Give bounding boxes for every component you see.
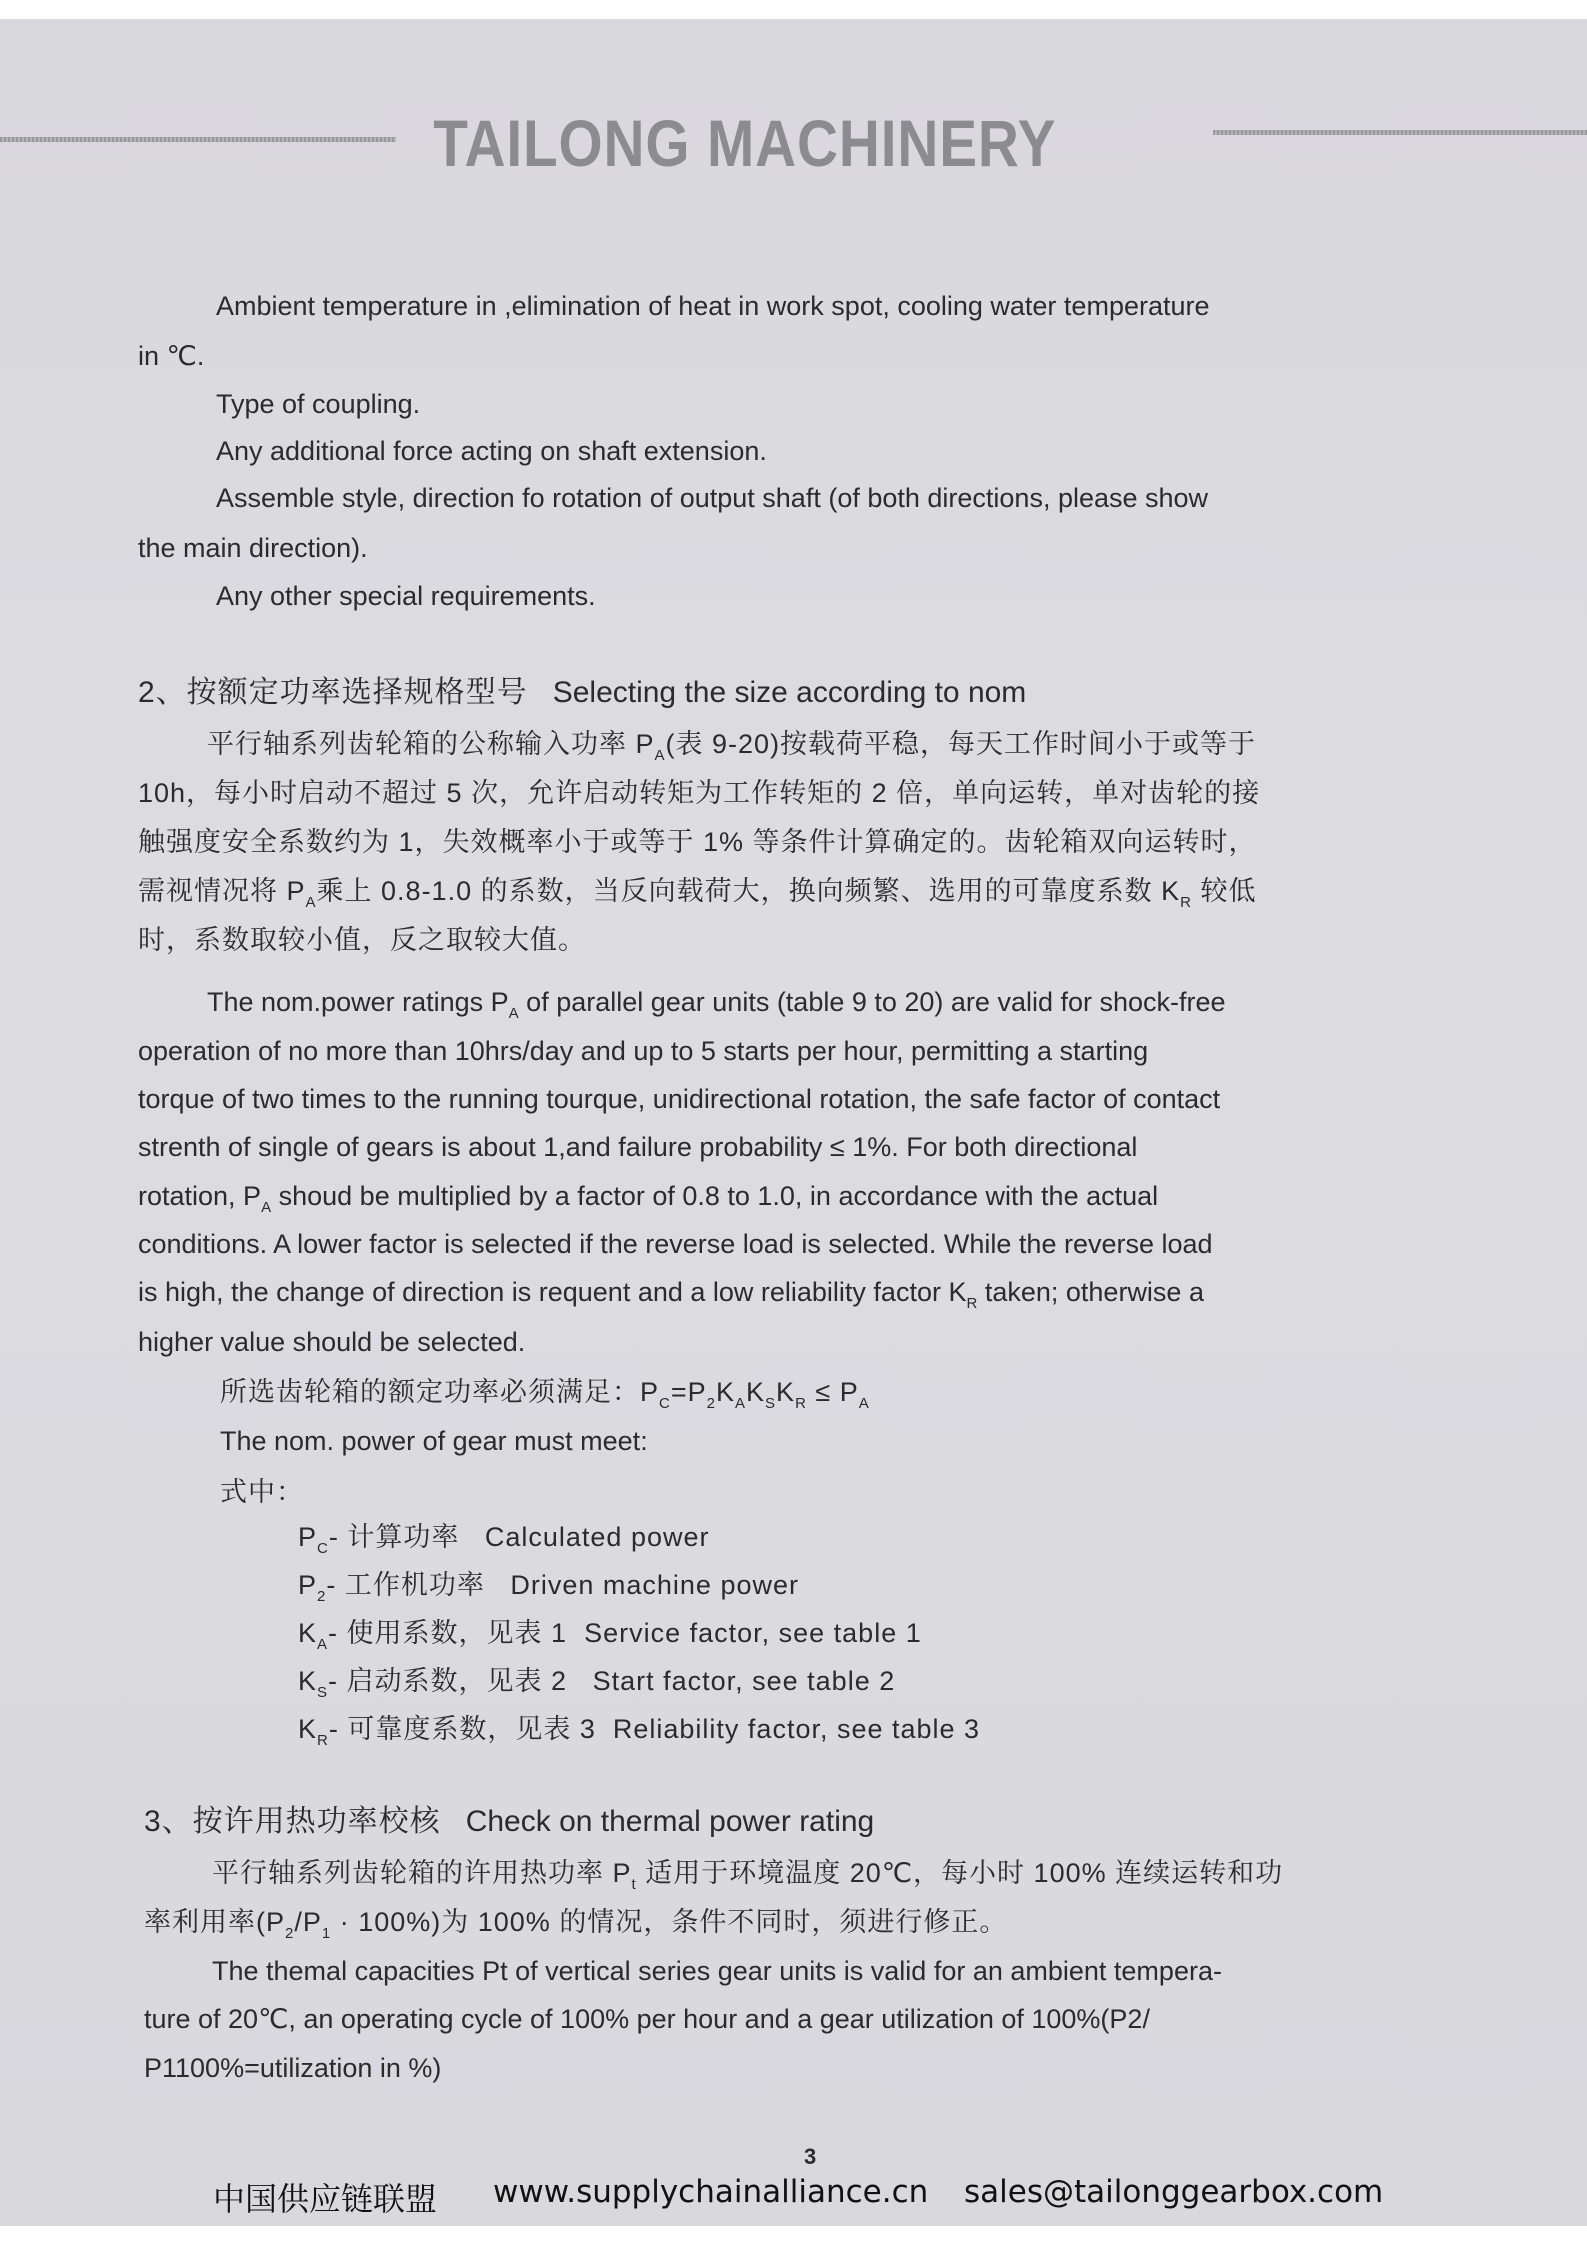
where-label: 式中： bbox=[220, 1475, 304, 1509]
subscript: 2 bbox=[317, 1588, 326, 1605]
text: 平行轴系列齿轮箱的许用热功率 P bbox=[212, 1858, 632, 1888]
definition-item: PC- 计算功率 Calculated power bbox=[298, 1520, 710, 1554]
subscript: S bbox=[765, 1395, 776, 1412]
subscript: 1 bbox=[322, 1925, 331, 1942]
subscript: C bbox=[659, 1395, 671, 1412]
text: 乘上 0.8-1.0 的系数，当反向载荷大，换向频繁、选用的可靠度系数 K bbox=[317, 876, 1181, 906]
text: of parallel gear units (table 9 to 20) a… bbox=[526, 987, 1225, 1017]
subscript: R bbox=[795, 1395, 807, 1412]
section-2-heading-en: Selecting the size according to nom bbox=[553, 676, 1027, 709]
section-3-heading-zh: 3、按许用热功率校核 bbox=[144, 1805, 441, 1838]
text: K bbox=[716, 1377, 735, 1407]
text: 适用于环境温度 20℃，每小时 100% 连续运转和功 bbox=[645, 1858, 1283, 1888]
definition-en: Reliability factor, see table 3 bbox=[613, 1714, 980, 1744]
subscript: S bbox=[317, 1684, 328, 1701]
subscript: 2 bbox=[707, 1395, 716, 1412]
definition-zh: - 使用系数，见表 1 bbox=[328, 1618, 567, 1648]
formula-label: 所选齿轮箱的额定功率必须满足： bbox=[220, 1377, 640, 1407]
symbol: P bbox=[298, 1570, 317, 1600]
intro-line: Ambient temperature in ,elimination of h… bbox=[216, 289, 1210, 323]
definition-item: P2- 工作机功率 Driven machine power bbox=[298, 1568, 799, 1602]
scanned-page: TAILONG MACHINERY Ambient temperature in… bbox=[0, 19, 1587, 2226]
text: The nom.power ratings P bbox=[207, 987, 509, 1017]
text: 平行轴系列齿轮箱的公称输入功率 P bbox=[207, 729, 655, 759]
definition-zh: - 计算功率 bbox=[329, 1522, 460, 1552]
section-2-en-line: higher value should be selected. bbox=[138, 1325, 525, 1359]
section-3-en-line: ture of 20℃, an operating cycle of 100% … bbox=[144, 2002, 1150, 2036]
text: taken; otherwise a bbox=[985, 1277, 1204, 1307]
section-2-en-line: operation of no more than 10hrs/day and … bbox=[138, 1034, 1148, 1068]
subscript: A bbox=[859, 1395, 870, 1412]
definition-item: KS- 启动系数，见表 2 Start factor, see table 2 bbox=[298, 1664, 895, 1698]
subscript: A bbox=[735, 1395, 746, 1412]
intro-line: Assemble style, direction fo rotation of… bbox=[216, 481, 1208, 515]
definition-zh: - 工作机功率 bbox=[326, 1570, 485, 1600]
section-2-en-line: strenth of single of gears is about 1,an… bbox=[138, 1130, 1137, 1164]
subscript: C bbox=[317, 1540, 329, 1557]
subscript: 2 bbox=[285, 1925, 294, 1942]
section-2-zh-line: 10h，每小时启动不超过 5 次，允许启动转矩为工作转矩的 2 倍，单向运转，单… bbox=[138, 776, 1260, 810]
definition-item: KR- 可靠度系数，见表 3 Reliability factor, see t… bbox=[298, 1712, 980, 1746]
definition-zh: - 启动系数，见表 2 bbox=[328, 1666, 567, 1696]
section-2-en-line: is high, the change of direction is requ… bbox=[138, 1275, 1204, 1309]
text: 较低 bbox=[1200, 876, 1256, 906]
text: 需视情况将 P bbox=[138, 876, 306, 906]
section-2-zh-line: 触强度安全系数约为 1，失效概率小于或等于 1% 等条件计算确定的。齿轮箱双向运… bbox=[138, 825, 1257, 859]
footer-website-link[interactable]: www.supplychainalliance.cn bbox=[493, 2174, 928, 2210]
section-2-heading: 2、按额定功率选择规格型号 Selecting the size accordi… bbox=[138, 676, 1026, 710]
section-2-en-line: The nom.power ratings PA of parallel gea… bbox=[207, 985, 1226, 1019]
text: 率利用率(P bbox=[144, 1907, 285, 1937]
text: shoud be multiplied by a factor of 0.8 t… bbox=[279, 1181, 1159, 1211]
subscript: A bbox=[306, 894, 317, 911]
text: /P bbox=[294, 1907, 322, 1937]
intro-line: the main direction). bbox=[138, 531, 368, 565]
section-2-en-line: rotation, PA shoud be multiplied by a fa… bbox=[138, 1179, 1158, 1213]
subscript: t bbox=[632, 1876, 637, 1893]
section-2-heading-zh: 2、按额定功率选择规格型号 bbox=[138, 676, 528, 709]
definition-en: Start factor, see table 2 bbox=[593, 1666, 896, 1696]
text: · 100%)为 100% 的情况，条件不同时，须进行修正。 bbox=[340, 1907, 1008, 1937]
page-header-title: TAILONG MACHINERY bbox=[418, 105, 1072, 181]
section-2-zh-line: 平行轴系列齿轮箱的公称输入功率 PA(表 9-20)按载荷平稳，每天工作时间小于… bbox=[207, 727, 1256, 761]
text: rotation, P bbox=[138, 1181, 261, 1211]
subscript: A bbox=[261, 1199, 271, 1216]
formula-en-line: The nom. power of gear must meet: bbox=[220, 1424, 648, 1458]
section-2-zh-line: 时，系数取较小值，反之取较大值。 bbox=[138, 923, 586, 957]
section-3-zh-line: 平行轴系列齿轮箱的许用热功率 Pt 适用于环境温度 20℃，每小时 100% 连… bbox=[212, 1856, 1283, 1890]
definition-zh: - 可靠度系数，见表 3 bbox=[329, 1714, 596, 1744]
text: is high, the change of direction is requ… bbox=[138, 1277, 966, 1307]
footer-org: 中国供应链联盟 bbox=[213, 2174, 437, 2220]
section-3-zh-line: 率利用率(P2/P1 · 100%)为 100% 的情况，条件不同时，须进行修正… bbox=[144, 1905, 1007, 1939]
text: =P bbox=[671, 1377, 707, 1407]
subscript: A bbox=[655, 747, 666, 764]
section-3-en-line: The themal capacities Pt of vertical ser… bbox=[212, 1954, 1222, 1988]
symbol: K bbox=[298, 1666, 317, 1696]
subscript: A bbox=[509, 1005, 519, 1022]
text: K bbox=[746, 1377, 765, 1407]
text: K bbox=[776, 1377, 795, 1407]
definition-item: KA- 使用系数，见表 1 Service factor, see table … bbox=[298, 1616, 922, 1650]
text: (表 9-20)按载荷平稳，每天工作时间小于或等于 bbox=[666, 729, 1257, 759]
section-2-zh-line: 需视情况将 PA乘上 0.8-1.0 的系数，当反向载荷大，换向频繁、选用的可靠… bbox=[138, 874, 1256, 908]
definition-en: Service factor, see table 1 bbox=[584, 1618, 922, 1648]
section-3-heading: 3、按许用热功率校核 Check on thermal power rating bbox=[144, 1805, 874, 1839]
symbol: K bbox=[298, 1714, 317, 1744]
text: P bbox=[640, 1377, 659, 1407]
subscript: R bbox=[1180, 894, 1192, 911]
section-2-en-line: torque of two times to the running tourq… bbox=[138, 1082, 1220, 1116]
section-2-en-line: conditions. A lower factor is selected i… bbox=[138, 1227, 1213, 1261]
intro-line: Any additional force acting on shaft ext… bbox=[216, 434, 767, 468]
symbol: K bbox=[298, 1618, 317, 1648]
header-rule-left bbox=[0, 137, 396, 142]
header-rule-right bbox=[1213, 130, 1587, 135]
footer-email-link[interactable]: sales@tailonggearbox.com bbox=[964, 2174, 1383, 2210]
definition-en: Calculated power bbox=[485, 1522, 710, 1552]
subscript: R bbox=[966, 1295, 977, 1312]
definition-en: Driven machine power bbox=[510, 1570, 799, 1600]
formula-line: 所选齿轮箱的额定功率必须满足：PC=P2KAKSKR ≤ PA bbox=[220, 1375, 870, 1409]
page-number: 3 bbox=[804, 2144, 816, 2170]
section-3-en-line: P1100%=utilization in %) bbox=[144, 2051, 441, 2085]
intro-line: Type of coupling. bbox=[216, 387, 420, 421]
intro-line: Any other special requirements. bbox=[216, 579, 596, 613]
section-3-heading-en: Check on thermal power rating bbox=[466, 1805, 875, 1838]
subscript: R bbox=[317, 1732, 329, 1749]
text: ≤ P bbox=[807, 1377, 859, 1407]
subscript: A bbox=[317, 1636, 328, 1653]
symbol: P bbox=[298, 1522, 317, 1552]
intro-line: in ℃. bbox=[138, 339, 204, 373]
